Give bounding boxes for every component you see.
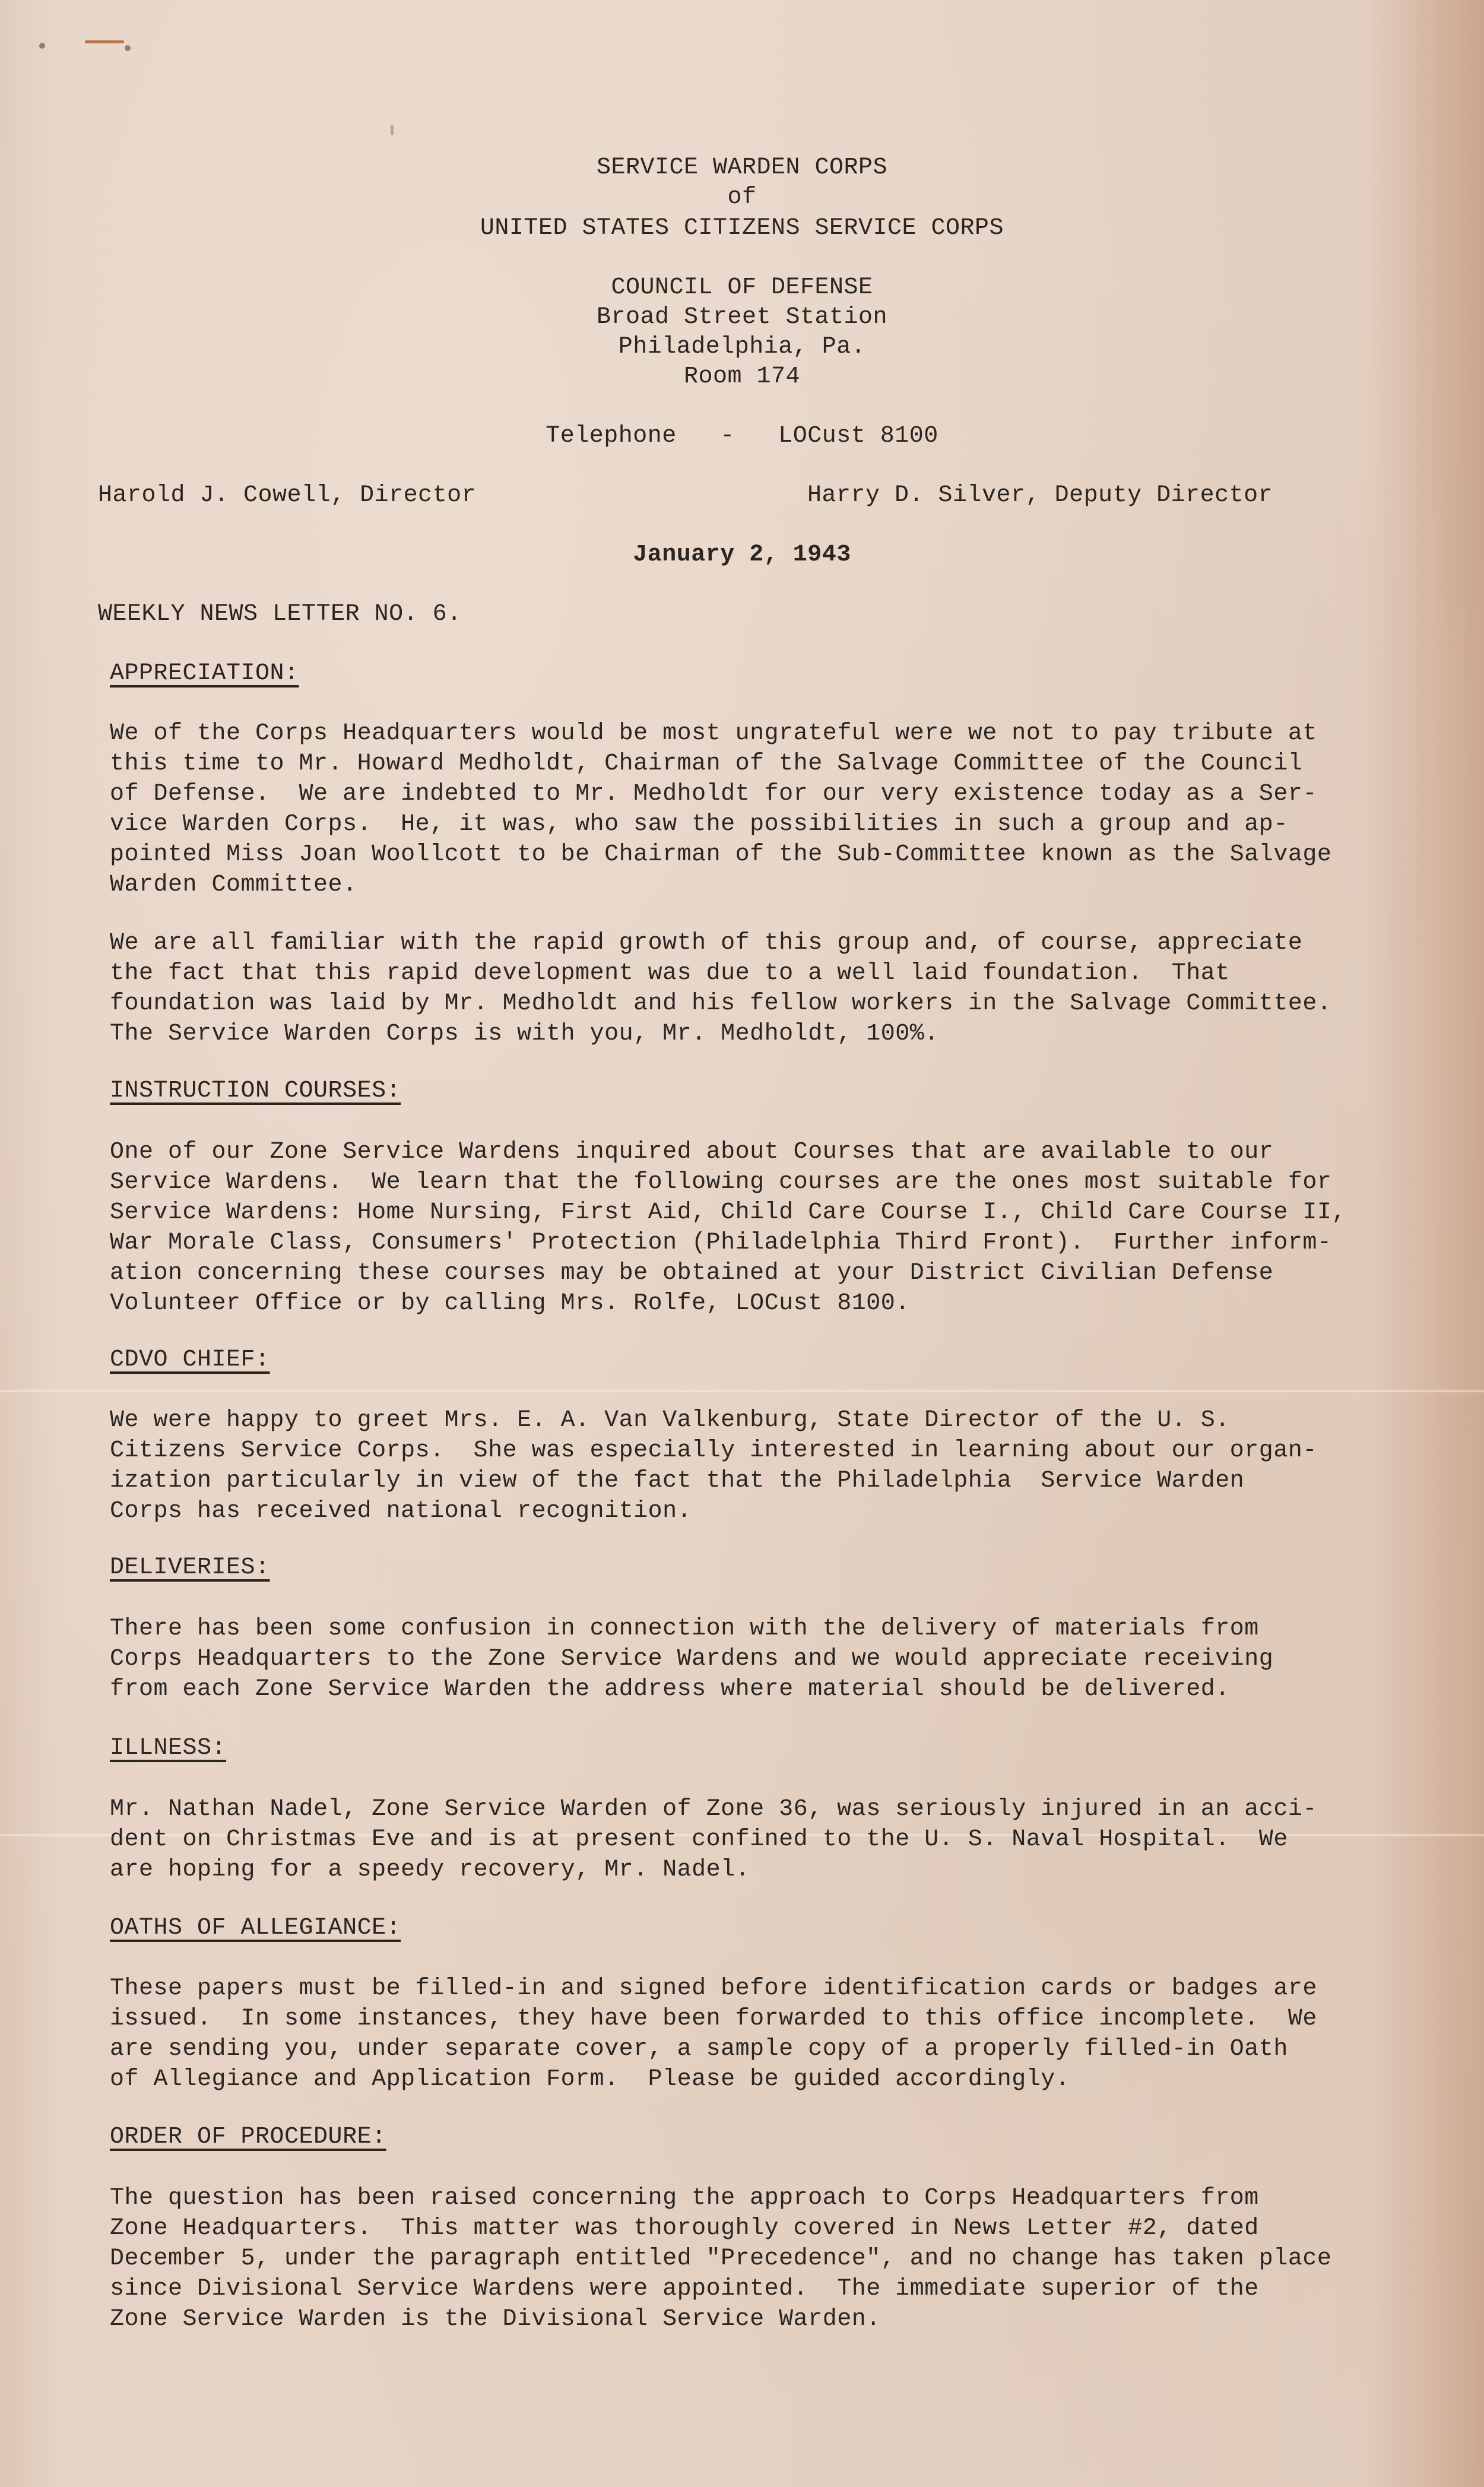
text-line: the fact that this rapid development was…: [110, 958, 1416, 989]
text-line: of Allegiance and Application Form. Plea…: [110, 2064, 1416, 2095]
paper-fold-crease: [0, 1389, 1484, 1393]
text-line: are hoping for a speedy recovery, Mr. Na…: [110, 1855, 1416, 1885]
text-line: vice Warden Corps. He, it was, who saw t…: [110, 809, 1416, 839]
text-line: The Service Warden Corps is with you, Mr…: [110, 1019, 1416, 1049]
text-line: These papers must be filled-in and signe…: [110, 1973, 1416, 2004]
text-line: since Divisional Service Wardens were ap…: [110, 2274, 1416, 2304]
staple-hole-icon: [39, 43, 45, 49]
parent-org-name: UNITED STATES CITIZENS SERVICE CORPS: [0, 215, 1484, 242]
text-line: The question has been raised concerning …: [110, 2183, 1416, 2213]
text-line: Service Wardens: Home Nursing, First Aid…: [110, 1197, 1416, 1228]
section-paragraph: Mr. Nathan Nadel, Zone Service Warden of…: [110, 1794, 1416, 1885]
text-line: Warden Committee.: [110, 870, 1416, 900]
newsletter-title: WEEKLY NEWS LETTER NO. 6.: [98, 601, 462, 628]
section-heading-instruction-courses: INSTRUCTION COURSES:: [110, 1078, 401, 1104]
deputy-director-name: Harry D. Silver, Deputy Director: [807, 482, 1273, 509]
text-line: There has been some confusion in connect…: [110, 1614, 1416, 1644]
section-paragraph: These papers must be filled-in and signe…: [110, 1973, 1416, 2095]
section-paragraph: We were happy to greet Mrs. E. A. Van Va…: [110, 1405, 1416, 1526]
rust-stain: [391, 125, 394, 135]
text-line: December 5, under the paragraph entitled…: [110, 2244, 1416, 2274]
text-line: One of our Zone Service Wardens inquired…: [110, 1137, 1416, 1167]
newsletter-date: January 2, 1943: [0, 541, 1484, 568]
director-name: Harold J. Cowell, Director: [98, 482, 476, 509]
section-heading-oaths-of-allegiance: OATHS OF ALLEGIANCE:: [110, 1915, 401, 1941]
section-heading-deliveries: DELIVERIES:: [110, 1554, 270, 1581]
text-line: Corps has received national recognition.: [110, 1496, 1416, 1526]
text-line: this time to Mr. Howard Medholdt, Chairm…: [110, 749, 1416, 779]
section-heading-order-of-procedure: ORDER OF PROCEDURE:: [110, 2124, 386, 2150]
address-line-1: Broad Street Station: [0, 304, 1484, 331]
text-line: Citizens Service Corps. She was especial…: [110, 1436, 1416, 1466]
text-line: We of the Corps Headquarters would be mo…: [110, 718, 1416, 749]
text-line: foundation was laid by Mr. Medholdt and …: [110, 989, 1416, 1019]
address-line-2: Philadelphia, Pa.: [0, 334, 1484, 360]
text-line: Corps Headquarters to the Zone Service W…: [110, 1644, 1416, 1674]
text-line: War Morale Class, Consumers' Protection …: [110, 1228, 1416, 1258]
council-name: COUNCIL OF DEFENSE: [0, 274, 1484, 301]
section-paragraph: The question has been raised concerning …: [110, 2183, 1416, 2334]
text-line: Zone Headquarters. This matter was thoro…: [110, 2213, 1416, 2244]
section-paragraph: One of our Zone Service Wardens inquired…: [110, 1137, 1416, 1319]
text-line: from each Zone Service Warden the addres…: [110, 1674, 1416, 1705]
text-line: are sending you, under separate cover, a…: [110, 2034, 1416, 2064]
telephone-line: Telephone - LOCust 8100: [0, 423, 1484, 449]
text-line: Mr. Nathan Nadel, Zone Service Warden of…: [110, 1794, 1416, 1824]
section-heading-appreciation: APPRECIATION:: [110, 660, 299, 687]
text-line: dent on Christmas Eve and is at present …: [110, 1824, 1416, 1855]
text-line: issued. In some instances, they have bee…: [110, 2004, 1416, 2034]
text-line: ation concerning these courses may be ob…: [110, 1258, 1416, 1288]
text-line: ization particularly in view of the fact…: [110, 1466, 1416, 1496]
text-line: We are all familiar with the rapid growt…: [110, 928, 1416, 958]
section-heading-illness: ILLNESS:: [110, 1735, 226, 1762]
org-connector: of: [0, 184, 1484, 211]
section-paragraph: We are all familiar with the rapid growt…: [110, 928, 1416, 1049]
room-number: Room 174: [0, 363, 1484, 390]
rust-stain: [85, 40, 124, 43]
text-line: pointed Miss Joan Woollcott to be Chairm…: [110, 839, 1416, 870]
text-line: Zone Service Warden is the Divisional Se…: [110, 2304, 1416, 2334]
text-line: We were happy to greet Mrs. E. A. Van Va…: [110, 1405, 1416, 1436]
section-heading-cdvo-chief: CDVO CHIEF:: [110, 1347, 270, 1373]
section-paragraph: There has been some confusion in connect…: [110, 1614, 1416, 1705]
text-line: of Defense. We are indebted to Mr. Medho…: [110, 779, 1416, 809]
text-line: Volunteer Office or by calling Mrs. Rolf…: [110, 1288, 1416, 1319]
text-line: Service Wardens. We learn that the follo…: [110, 1167, 1416, 1197]
staple-hole-icon: [125, 45, 131, 51]
section-paragraph: We of the Corps Headquarters would be mo…: [110, 718, 1416, 900]
org-name: SERVICE WARDEN CORPS: [0, 154, 1484, 181]
